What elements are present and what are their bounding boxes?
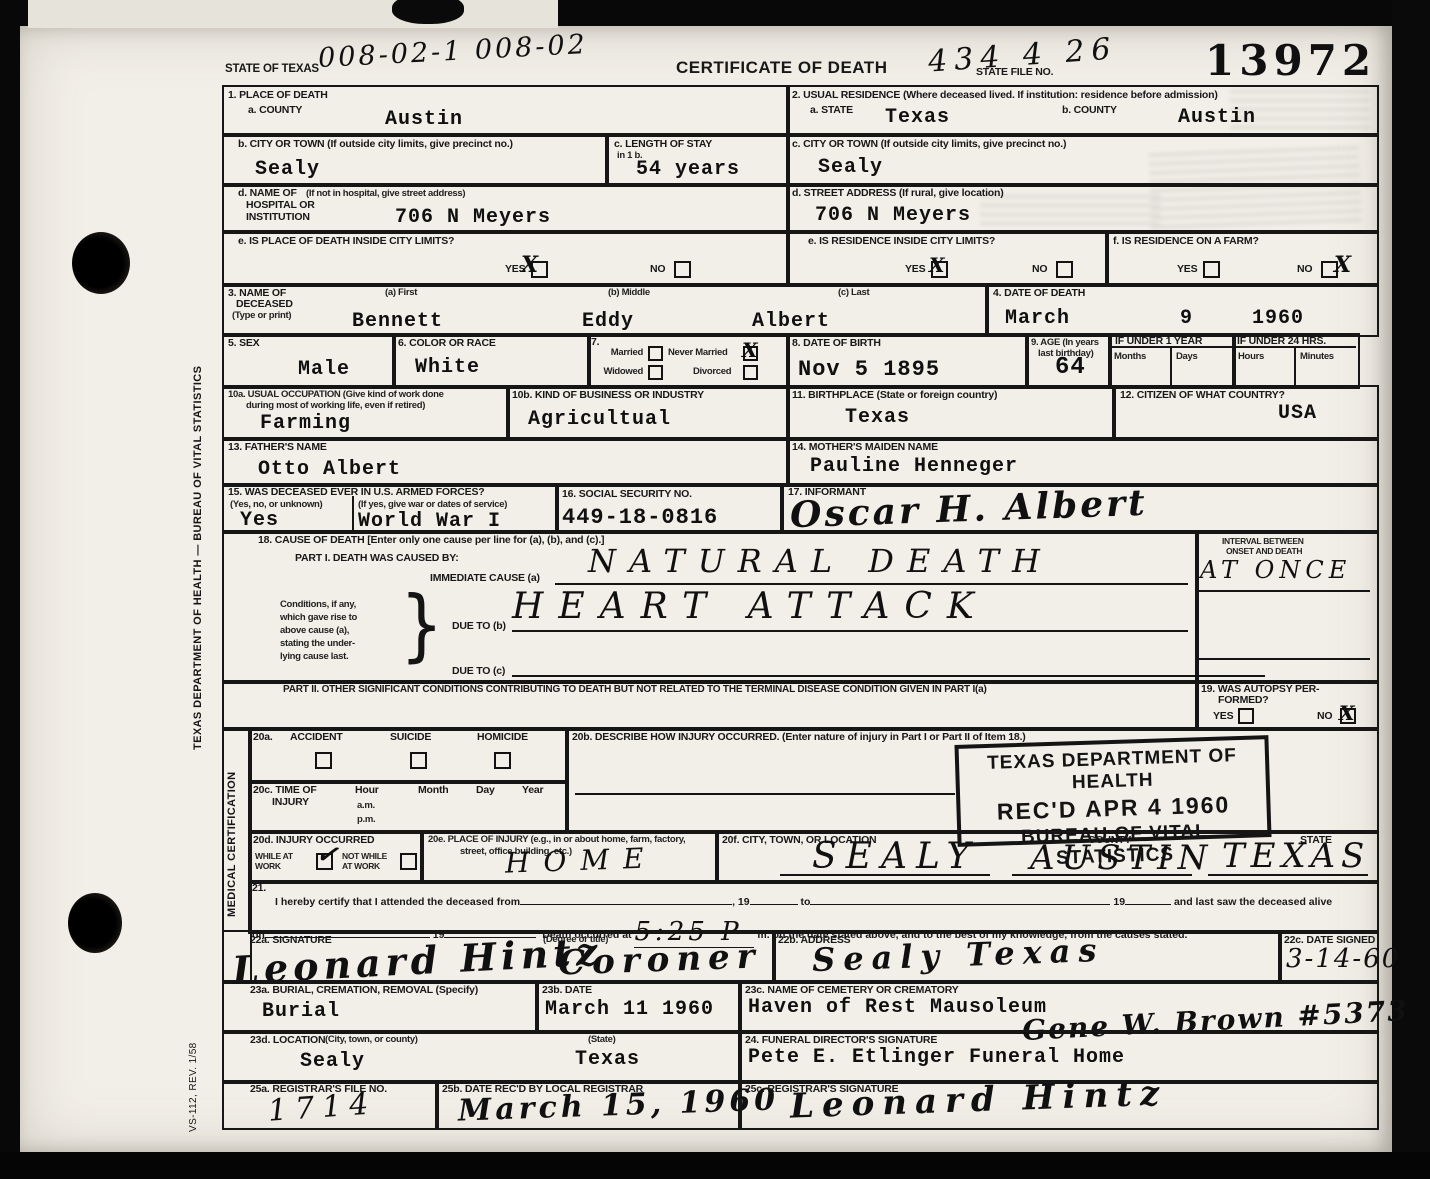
interval-value: AT ONCE (1200, 556, 1351, 584)
f2c-value: Sealy (818, 156, 883, 179)
certificate-number: 13972 (1205, 36, 1376, 85)
state-of-texas-label: STATE OF TEXAS (225, 63, 319, 75)
f16-label: 16. SOCIAL SECURITY NO. (562, 488, 692, 500)
f20d-label: 20d. INJURY OCCURRED (253, 834, 374, 846)
f18-cond3: above cause (a), (280, 625, 349, 636)
f1a-value: Austin (385, 108, 463, 131)
f19-yes-checkbox: X (1238, 708, 1254, 724)
f20f-state-value: TEXAS (1222, 836, 1370, 876)
f23b-value: March 11 1960 (545, 998, 714, 1021)
marital-cell (587, 333, 790, 389)
armed-forces-sub-divider (352, 496, 354, 530)
punch-hole-bottom (68, 893, 122, 953)
f20c-am-label: a.m. (357, 800, 375, 811)
f2f-yes-label: YES (1177, 263, 1197, 275)
f4-year: 1960 (1252, 307, 1304, 330)
f2c-label: c. CITY OR TOWN (If outside city limits,… (792, 138, 1066, 150)
f10a-label2: during most of working life, even if ret… (246, 400, 425, 411)
f16-value: 449-18-0816 (562, 505, 718, 530)
f7-married-checkbox: X (648, 346, 663, 361)
f12-label: 12. CITIZEN OF WHAT COUNTRY? (1120, 389, 1285, 401)
certificate-title: CERTIFICATE OF DEATH (676, 58, 887, 78)
f7-widowed-checkbox: X (648, 365, 663, 380)
f20e-value: HOME (504, 841, 658, 879)
f15-value1: Yes (240, 509, 279, 532)
f19-label2: FORMED? (1218, 694, 1269, 706)
f22c-value: 3-14-60 (1286, 944, 1400, 974)
f18-cond1: Conditions, if any, (280, 599, 356, 610)
certify-19-1: , 19 (732, 896, 750, 908)
f23a-label: 23a. BURIAL, CREMATION, REMOVAL (Specify… (250, 984, 478, 996)
blank-year2 (1125, 893, 1171, 905)
f18-due-b-label: DUE TO (b) (452, 620, 506, 632)
f10b-label: 10b. KIND OF BUSINESS OR INDUSTRY (512, 389, 704, 401)
f2f-yes-checkbox: X (1203, 261, 1220, 278)
f7-divorced-label: Divorced (693, 366, 731, 377)
f20c-day-label: Day (476, 784, 495, 796)
f1e-no-label: NO (650, 263, 665, 275)
f2d-label: d. STREET ADDRESS (If rural, give locati… (792, 187, 1004, 199)
f24-value: Pete E. Etlinger Funeral Home (748, 1046, 1125, 1069)
f20c-hour-label: Hour (355, 784, 379, 796)
f20d-not-label2: AT WORK (342, 861, 380, 871)
f3c-label: (c) Last (838, 287, 869, 298)
f13-value: Otto Albert (258, 458, 401, 481)
f2b-value: Austin (1178, 106, 1256, 129)
f2e-label: e. IS RESIDENCE INSIDE CITY LIMITS? (808, 235, 995, 247)
f8-value: Nov 5 1895 (798, 357, 940, 382)
f20c-label1: 20c. TIME OF (253, 784, 317, 796)
f2e-no-label: NO (1032, 263, 1047, 275)
f2-title: 2. USUAL RESIDENCE (Where deceased lived… (792, 89, 1218, 101)
f18-part1-label: PART I. DEATH WAS CAUSED BY: (295, 552, 459, 564)
f1c-value: 54 years (636, 158, 740, 181)
interval-label1: INTERVAL BETWEEN (1222, 536, 1304, 546)
cause-a-value: NATURAL DEATH (588, 542, 1053, 580)
f23d-city-value: Sealy (300, 1050, 365, 1073)
f20f-county-value: AUSTIN (1030, 838, 1214, 878)
certify-text-1: I hereby certify that I attended the dec… (275, 896, 520, 908)
while-at-work-checkbox: ✓ (316, 853, 333, 870)
f18-label: 18. CAUSE OF DEATH [Enter only one cause… (258, 534, 604, 546)
f1-title: 1. PLACE OF DEATH (228, 89, 328, 101)
f2e-yes-checkbox: X (931, 261, 948, 278)
f14-value: Pauline Henneger (810, 455, 1018, 478)
f20a-homicide-label: HOMICIDE (477, 731, 528, 743)
accident-checkbox: X (315, 752, 332, 769)
f2a-label: a. STATE (810, 104, 853, 116)
injury-description-line (575, 793, 955, 795)
f9-label1: 9. AGE (In years (1031, 337, 1099, 348)
blank-to-date (810, 893, 1110, 905)
f20b-label: 20b. DESCRIBE HOW INJURY OCCURRED. (Ente… (572, 731, 1026, 743)
not-while-at-work-checkbox: X (400, 853, 417, 870)
f2d-value: 706 N Meyers (815, 204, 971, 227)
f1b-value: Sealy (255, 158, 320, 181)
scanned-death-certificate: TEXAS DEPARTMENT OF HEALTH — BUREAU OF V… (0, 0, 1430, 1179)
f3a-label: (a) First (385, 287, 417, 298)
f10b-value: Agricultual (528, 408, 671, 431)
f7-label: 7. (591, 336, 599, 348)
f7-widowed-label: Widowed (598, 366, 643, 377)
blank-from-date (520, 893, 732, 905)
f20f-city-value: SEALY (812, 836, 979, 877)
f3a-value: Bennett (352, 310, 443, 333)
stamp-line1: TEXAS DEPARTMENT OF HEALTH (959, 744, 1266, 798)
f9-under-year-label: IF UNDER 1 YEAR (1115, 335, 1202, 347)
f20c-year-label: Year (522, 784, 543, 796)
f1b-label: b. CITY OR TOWN (If outside city limits,… (238, 138, 513, 150)
f20f-state-line (1208, 874, 1368, 876)
f23d-sub2: (State) (588, 1034, 615, 1045)
f11-label: 11. BIRTHPLACE (State or foreign country… (792, 389, 997, 401)
f20d-while-label2: WORK (255, 861, 281, 871)
f20f-county-line (1012, 874, 1192, 876)
f4-label: 4. DATE OF DEATH (993, 287, 1085, 299)
f1d-label2: HOSPITAL OR (246, 199, 315, 211)
certify-line1: I hereby certify that I attended the dec… (275, 893, 1332, 908)
interval-line1 (1198, 590, 1370, 592)
f21-number: 21. (252, 882, 266, 894)
f1e-no-checkbox: X (674, 261, 691, 278)
f1a-label: a. COUNTY (248, 104, 302, 116)
f20a-suicide-label: SUICIDE (390, 731, 431, 743)
f20a-label: 20a. (253, 731, 273, 743)
punch-hole-top (72, 232, 130, 294)
f1c-label: c. LENGTH OF STAY (614, 138, 712, 150)
f20a-accident-label: ACCIDENT (290, 731, 343, 743)
f1d-value: 706 N Meyers (395, 206, 551, 229)
f3b-label: (b) Middle (608, 287, 650, 298)
f3-label2: DECEASED (236, 298, 293, 310)
f18-cond5: lying cause last. (280, 651, 348, 662)
f19-no-label: NO (1317, 710, 1332, 722)
f23c-value: Haven of Rest Mausoleum (748, 996, 1047, 1019)
form-code-label: VS-112, REV. 1/58 (188, 1028, 202, 1146)
f6-label: 6. COLOR OR RACE (398, 337, 496, 349)
cause-a-line (555, 583, 1188, 585)
f19-no-checkbox: X (1340, 708, 1356, 724)
f7-never-married-checkbox: X (743, 346, 758, 361)
f2e-no-checkbox: X (1056, 261, 1073, 278)
f18-cond2: which gave rise to (280, 612, 357, 623)
f15-sub2: (If yes, give war or dates of service) (358, 499, 507, 510)
f1e-label: e. IS PLACE OF DEATH INSIDE CITY LIMITS? (238, 235, 454, 247)
f3-label3: (Type or print) (232, 310, 291, 321)
f23a-value: Burial (262, 1000, 340, 1023)
f4-month: March (1005, 307, 1070, 330)
f2f-no-checkbox: X (1321, 261, 1338, 278)
suicide-checkbox: X (410, 752, 427, 769)
f18-cond4: stating the under- (280, 638, 355, 649)
part2-label: PART II. OTHER SIGNIFICANT CONDITIONS CO… (283, 684, 987, 695)
f18-due-c-label: DUE TO (c) (452, 665, 505, 677)
scan-top-blob (392, 0, 464, 24)
f15-label: 15. WAS DECEASED EVER IN U.S. ARMED FORC… (228, 486, 484, 498)
hours-minutes-divider (1294, 348, 1296, 385)
f13-label: 13. FATHER'S NAME (228, 441, 327, 453)
f1d-paren: (If not in hospital, give street address… (306, 188, 465, 199)
f23d-state-value: Texas (575, 1048, 640, 1071)
interval-line2 (1198, 658, 1370, 660)
f11-value: Texas (845, 406, 910, 429)
f5-value: Male (298, 358, 350, 381)
f20d-while-label1: WHILE AT (255, 851, 293, 861)
f2f-no-label: NO (1297, 263, 1312, 275)
f2a-value: Texas (885, 106, 950, 129)
f20f-city-line (780, 874, 990, 876)
f3b-value: Eddy (582, 310, 634, 333)
f1e-yes-checkbox: X (531, 261, 548, 278)
f2b-label: b. COUNTY (1062, 104, 1117, 116)
f20c-month-label: Month (418, 784, 449, 796)
f1d-label1: d. NAME OF (238, 187, 297, 199)
f12-value: USA (1278, 402, 1317, 425)
f23d-sub1: (City, town, or county) (325, 1034, 418, 1045)
certify-19-2: 19 (1113, 896, 1125, 908)
f8-label: 8. DATE OF BIRTH (792, 337, 881, 349)
f14-label: 14. MOTHER'S MAIDEN NAME (792, 441, 938, 453)
certify-text-2: and last saw the deceased alive (1174, 896, 1332, 908)
f9-months-label: Months (1114, 351, 1146, 362)
cause-b-value: HEART ATTACK (512, 586, 989, 627)
f9-under-24-label: IF UNDER 24 HRS. (1237, 335, 1326, 347)
f5-label: 5. SEX (228, 337, 259, 349)
f23d-label: 23d. LOCATION (250, 1034, 325, 1046)
f2f-label: f. IS RESIDENCE ON A FARM? (1113, 235, 1259, 247)
f4-day: 9 (1180, 307, 1193, 330)
f19-yes-label: YES (1213, 710, 1233, 722)
f2e-yes-label: YES (905, 263, 925, 275)
cause-b-line (512, 630, 1188, 632)
f9-minutes-label: Minutes (1300, 351, 1334, 362)
scan-bottom-band (0, 1152, 1430, 1179)
conditions-brace: } (400, 580, 443, 671)
f20c-label2: INJURY (272, 796, 309, 808)
f9-days-label: Days (1176, 351, 1198, 362)
f24-label: 24. FUNERAL DIRECTOR'S SIGNATURE (745, 1034, 937, 1046)
months-days-divider (1170, 348, 1172, 385)
f10a-label1: 10a. USUAL OCCUPATION (Give kind of work… (228, 389, 444, 400)
left-margin-department-label: TEXAS DEPARTMENT OF HEALTH — BUREAU OF V… (192, 278, 210, 838)
f9-hours-label: Hours (1238, 351, 1264, 362)
f20d-not-label1: NOT WHILE (342, 851, 387, 861)
f20c-pm-label: p.m. (357, 814, 375, 825)
f6-value: White (415, 356, 480, 379)
interval-label2: ONSET AND DEATH (1226, 546, 1302, 556)
f7-never-married-label: Never Married (668, 347, 727, 358)
f18-immediate-label: IMMEDIATE CAUSE (a) (430, 572, 540, 584)
f3c-value: Albert (752, 310, 830, 333)
state-file-no-label: STATE FILE NO. (976, 66, 1053, 78)
f22a-degree-value: Coroner (557, 936, 762, 983)
f10a-value: Farming (260, 412, 351, 435)
f23c-label: 23c. NAME OF CEMETERY OR CREMATORY (745, 984, 959, 996)
f7-divorced-checkbox: X (743, 365, 758, 380)
scan-top-strip (28, 0, 558, 28)
f7-married-label: Married (603, 347, 643, 358)
f1d-label3: INSTITUTION (246, 211, 310, 223)
f23b-label: 23b. DATE (542, 984, 592, 996)
blank-year1 (750, 893, 798, 905)
certify-to: to (801, 896, 811, 908)
homicide-checkbox: X (494, 752, 511, 769)
cause-c-line (512, 675, 1265, 677)
f9-value: 64 (1055, 354, 1086, 381)
